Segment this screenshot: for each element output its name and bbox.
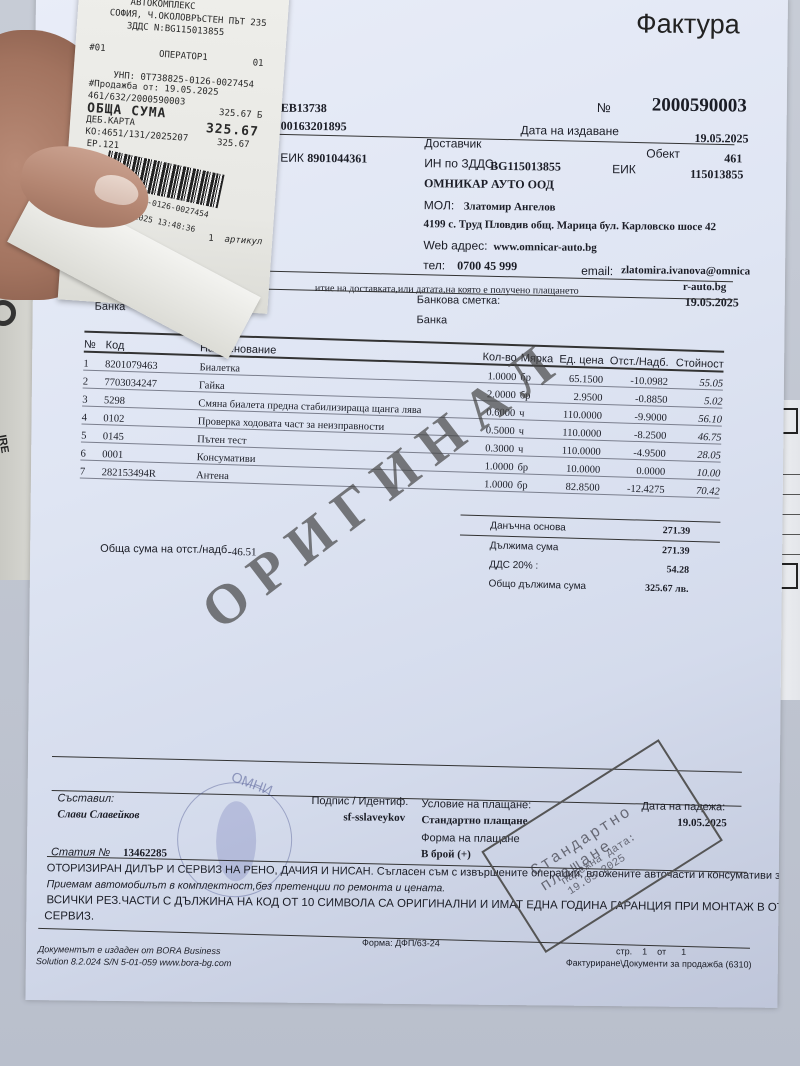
supplier-label: Доставчик bbox=[424, 136, 481, 151]
item-unit: бр bbox=[513, 462, 539, 474]
invoice-number-label: № bbox=[597, 100, 611, 115]
customer-plate: EB13738 bbox=[281, 101, 327, 116]
phone-label: тел: bbox=[423, 258, 445, 272]
issue-date-label: Дата на издаване bbox=[521, 123, 620, 138]
item-unit-price: 110.0000 bbox=[540, 427, 601, 440]
event-date: 19.05.2025 bbox=[685, 295, 739, 311]
item-unit: ч bbox=[515, 426, 541, 438]
item-qty: 1.0000 bbox=[462, 479, 514, 492]
row-number: 1 bbox=[83, 359, 105, 371]
document-title: Фактура bbox=[636, 8, 740, 40]
disclaimer-warranty: ВСИЧКИ РЕЗ.ЧАСТИ С ДЪЛЖИНА НА КОД ОТ 10 … bbox=[46, 894, 788, 914]
supplier-vat: BG115013855 bbox=[490, 159, 561, 175]
background-left-label: IRE bbox=[0, 434, 11, 454]
item-discount: -4.9500 bbox=[601, 447, 666, 460]
ring-icon bbox=[0, 300, 16, 326]
supplier-email-line2[interactable]: r-auto.bg bbox=[683, 281, 726, 293]
supplier-bank-account-label: Банкова сметка: bbox=[417, 294, 501, 307]
supplier-website[interactable]: www.omnicar-auto.bg bbox=[493, 241, 597, 254]
signature-label: Подпис / Идентиф. bbox=[311, 795, 408, 808]
signature-id: sf-sslaveykov bbox=[343, 811, 405, 824]
row-number: 6 bbox=[80, 449, 102, 461]
software-credit-line2: Solution 8.2.024 S/N 5-01-059 www.bora-b… bbox=[36, 956, 232, 968]
item-qty: 1.0000 bbox=[462, 461, 514, 474]
object-label: Обект bbox=[646, 146, 680, 160]
item-discount: -9.9000 bbox=[602, 411, 667, 424]
payment-form: В брой (+) bbox=[421, 848, 471, 861]
item-unit-price: 82.8500 bbox=[538, 481, 599, 494]
receipt-register: #01 bbox=[89, 43, 106, 54]
seal-text: ОМНИ bbox=[229, 768, 275, 798]
receipt-operator-no: 01 bbox=[252, 58, 264, 69]
totals-block: Данъчна основа271.39 Дължима сума271.39 … bbox=[458, 515, 720, 600]
document-path: Фактуриране\Документи за продажба (6310) bbox=[566, 958, 752, 970]
software-credit-line1: Документът е издаден от BORA Business bbox=[38, 944, 221, 956]
row-number: 7 bbox=[80, 467, 102, 479]
receipt-payment-value: 325.67 bbox=[217, 138, 250, 150]
supplier-address: 4199 с. Труд Пловдив общ. Марица бул. Ка… bbox=[424, 218, 717, 233]
item-discount: -12.4275 bbox=[599, 483, 664, 496]
supplier-mol: Златомир Ангелов bbox=[464, 201, 556, 214]
receipt-total-value: 325.67 bbox=[205, 121, 259, 140]
item-unit-price: 110.0000 bbox=[541, 409, 602, 422]
item-code: 282153494R bbox=[101, 467, 196, 481]
item-total: 55.05 bbox=[668, 377, 723, 390]
item-discount: -8.2500 bbox=[601, 429, 666, 442]
receipt-timestamp: 2025 13:48:36 bbox=[133, 212, 196, 234]
supplier-eik: 115013855 bbox=[690, 167, 743, 183]
item-total: 28.05 bbox=[666, 449, 721, 462]
col-header-code: Код bbox=[105, 339, 200, 354]
row-number: 4 bbox=[82, 413, 104, 425]
item-total: 10.00 bbox=[665, 467, 720, 480]
item-discount: 0.0000 bbox=[600, 465, 665, 478]
item-total: 56.10 bbox=[667, 413, 722, 426]
divider bbox=[275, 134, 735, 145]
invoice-number: 2000590003 bbox=[652, 95, 747, 118]
item-discount: -0.8850 bbox=[602, 393, 667, 406]
item-total: 5.02 bbox=[667, 395, 722, 408]
supplier-vat-label: ИН по ЗДДС: bbox=[424, 156, 497, 171]
receipt-items-count: 1 артикул bbox=[208, 234, 263, 248]
col-header-no: № bbox=[84, 339, 106, 352]
item-unit-price: 110.0000 bbox=[540, 445, 601, 458]
payment-terms: Стандартно плащане bbox=[421, 814, 527, 827]
object-number: 461 bbox=[724, 151, 742, 166]
composed-by-label: Съставил: bbox=[57, 792, 114, 805]
discount-total-label: Обща сума на отст./надб. bbox=[100, 543, 230, 556]
item-discount: -10.0982 bbox=[603, 375, 668, 388]
item-total: 70.42 bbox=[664, 485, 719, 498]
item-unit: бр bbox=[513, 480, 539, 492]
col-header-total: Стойност bbox=[668, 357, 723, 371]
supplier-email-line1[interactable]: zlatomira.ivanova@omnica bbox=[621, 264, 750, 277]
supplier-bank-label: Банка bbox=[417, 314, 448, 326]
supplier-mol-label: МОЛ: bbox=[424, 198, 455, 212]
email-label: email: bbox=[581, 264, 613, 278]
customer-eik-label: ЕИК 8901044361 bbox=[280, 151, 367, 167]
col-header-discount: Отст./Надб. bbox=[604, 355, 669, 369]
form-code: Форма: ДФП/63-24 bbox=[362, 938, 440, 949]
receipt-line-amount: 325.67 Б bbox=[219, 108, 263, 121]
receipt-payment-label: ДЕБ.КАРТА bbox=[86, 115, 135, 128]
disclaimer-acceptance: Приемам автомобилът в комплектност,без п… bbox=[47, 878, 446, 894]
page-indicator: стр. 1 от 1 bbox=[616, 946, 686, 957]
supplier-eik-label: ЕИК bbox=[612, 162, 636, 176]
customer-vin: 00163201895 bbox=[281, 119, 347, 135]
row-number: 3 bbox=[82, 395, 104, 407]
supplier-phone: 0700 45 999 bbox=[457, 258, 517, 274]
payment-terms-label: Условие на плащане: bbox=[421, 798, 531, 811]
item-unit: ч bbox=[514, 444, 540, 456]
receipt-ref2: ЕР.121 bbox=[86, 139, 119, 151]
receipt-operator: ОПЕРАТОР1 bbox=[159, 50, 208, 63]
item-unit-price: 10.0000 bbox=[539, 463, 600, 476]
composed-by: Слави Славейков bbox=[57, 808, 139, 821]
row-number: 2 bbox=[83, 377, 105, 389]
web-label: Web адрес: bbox=[423, 238, 487, 253]
item-total: 46.75 bbox=[666, 431, 721, 444]
supplier-name: ОМНИКАР АУТО ООД bbox=[424, 176, 554, 192]
row-number: 5 bbox=[81, 431, 103, 443]
disclaimer-warranty-cont: СЕРВИЗ. bbox=[44, 910, 94, 923]
